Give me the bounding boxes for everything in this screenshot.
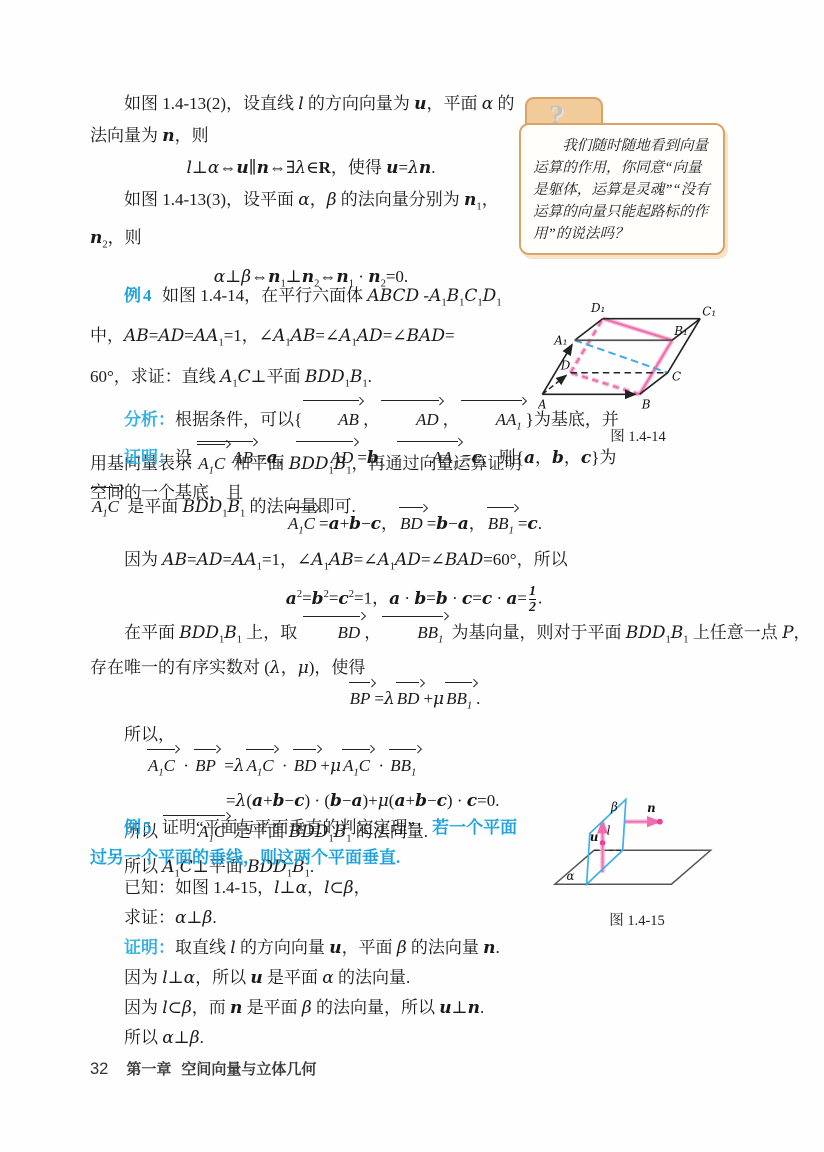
text-line: 所以， [90, 721, 738, 749]
text-line: 法向量为 n，则 [90, 120, 532, 152]
note-body: 我们随时随地看到向量运算的作用，你同意“向量是躯体，运算是灵魂”“没有运算的向量… [519, 123, 725, 255]
fig15-svg: α β l u n [549, 792, 725, 898]
textbook-page: 如图 1.4-13(2)，设直线 l 的方向向量为 u，平面 α 的法向量为 n… [0, 0, 824, 1152]
svg-text:u: u [590, 830, 598, 844]
text-line: 60°，求证：直线 A1C⊥平面 BDD1B1. [90, 360, 537, 400]
fig15-label-l: l [607, 823, 611, 837]
text-line: 因为 l⊥α，所以 u 是平面 α 的法向量. [90, 963, 560, 993]
svg-text:n: n [647, 801, 655, 815]
text-line: a2=b2=c2=1，a · b=b · c=c · a=12. [90, 581, 738, 616]
example5-paragraph: 例5 证明“平面与平面垂直的判定定理”：若一个平面过另一个平面的垂线，则这两个平… [90, 813, 560, 1053]
text-line: 存在唯一的有序实数对 (λ，μ)，使得 [90, 654, 738, 682]
fig14-label-B: B [641, 397, 651, 411]
svg-text:A₁: A₁ [553, 334, 567, 348]
text-line: 证明：设 AB=a，AD=b，AA1=c，则{a，b，c}为 [90, 441, 738, 479]
fig14-label-B1: B₁ [673, 324, 688, 338]
fig14-label-C1: C₁ [702, 304, 716, 318]
text-line: 如图 1.4-13(2)，设直线 l 的方向向量为 u，平面 α 的 [90, 88, 532, 120]
svg-text:A: A [538, 397, 547, 411]
figure-1-4-15: α β l u n 图 1.4-15 [549, 792, 725, 930]
text-line: 因为 l⊂β，而 n 是平面 β 的法向量，所以 u⊥n. [90, 993, 560, 1023]
text-line: 证明：取直线 l 的方向向量 u，平面 β 的法向量 n. [90, 933, 560, 963]
intro-paragraph: 如图 1.4-13(2)，设直线 l 的方向向量为 u，平面 α 的法向量为 n… [90, 88, 532, 299]
fig15-label-alpha: α [567, 869, 575, 883]
text-line: A1C=a+b−c，BD=b−a，BB1=c. [90, 507, 738, 545]
text-line: 过另一个平面的垂线，则这两个平面垂直. [90, 843, 560, 873]
svg-text:β: β [610, 800, 618, 814]
svg-text:α: α [567, 869, 575, 883]
svg-text:D: D [560, 358, 571, 372]
text-line: A1C · BP =λA1C · BD+μA1C · BB1 [90, 749, 738, 787]
figure-1-4-14: A B C D A₁ B₁ C₁ D₁ 图 1.4-14 [538, 286, 738, 446]
fig15-caption: 图 1.4-15 [549, 909, 725, 930]
question-note: ? 我们随时随地看到向量运算的作用，你同意“向量是躯体，运算是灵魂”“没有运算的… [519, 97, 733, 259]
footer-page-number: 32 [90, 1060, 108, 1078]
fig14-svg: A B C D A₁ B₁ C₁ D₁ [538, 286, 738, 414]
fig14-label-D1: D₁ [590, 301, 605, 315]
footer-chapter: 第一章 [126, 1061, 171, 1078]
note-text: 我们随时随地看到向量运算的作用，你同意“向量是躯体，运算是灵魂”“没有运算的向量… [533, 135, 711, 245]
fig15-label-beta: β [610, 800, 618, 814]
svg-text:l: l [607, 823, 611, 837]
fig14-label-D: D [560, 358, 571, 372]
svg-text:B: B [641, 397, 651, 411]
svg-text:D₁: D₁ [590, 301, 605, 315]
fig15-label-n: n [647, 801, 655, 815]
text-line: n2，则 [90, 222, 532, 260]
fig14-label-C: C [672, 369, 681, 383]
text-line: 因为 AB=AD=AA1=1，∠A1AB=∠A1AD=∠BAD=60°，所以 [90, 546, 738, 581]
text-line: BP=λBD+μBB1. [90, 682, 738, 720]
text-line: 中，AB=AD=AA1=1，∠A1AB=∠A1AD=∠BAD= [90, 319, 537, 359]
fig14-label-A1: A₁ [553, 334, 567, 348]
fig15-label-u: u [590, 830, 598, 844]
svg-text:C₁: C₁ [702, 304, 716, 318]
text-line: 分析：根据条件，可以{AB，AD，AA1}为基底，并 [90, 400, 537, 443]
fig14-label-A: A [538, 397, 547, 411]
footer-book-title: 空间向量与立体几何 [181, 1061, 316, 1078]
text-line: 例4 如图 1.4-14，在平行六面体 ABCD -A1B1C1D1 [90, 279, 537, 319]
page-footer: 32第一章空间向量与立体几何 [90, 1058, 326, 1079]
text-line: 已知：如图 1.4-15，l⊥α，l⊂β， [90, 873, 560, 903]
text-line: 空间的一个基底，且 [90, 479, 738, 507]
text-line: 所以 α⊥β. [90, 1023, 560, 1053]
svg-text:B₁: B₁ [673, 324, 688, 338]
text-line: 求证：α⊥β. [90, 903, 560, 933]
text-line: 如图 1.4-13(3)，设平面 α，β 的法向量分别为 n1， [90, 184, 532, 222]
text-line: 例5 证明“平面与平面垂直的判定定理”：若一个平面 [90, 813, 560, 843]
text-line: 在平面 BDD1B1 上，取 BD，BB1 为基向量，则对于平面 BDD1B1 … [90, 616, 738, 654]
text-line: l⊥α⇔u∥n⇔∃λ∈R，使得 u=λn. [90, 152, 532, 184]
svg-text:C: C [672, 369, 681, 383]
